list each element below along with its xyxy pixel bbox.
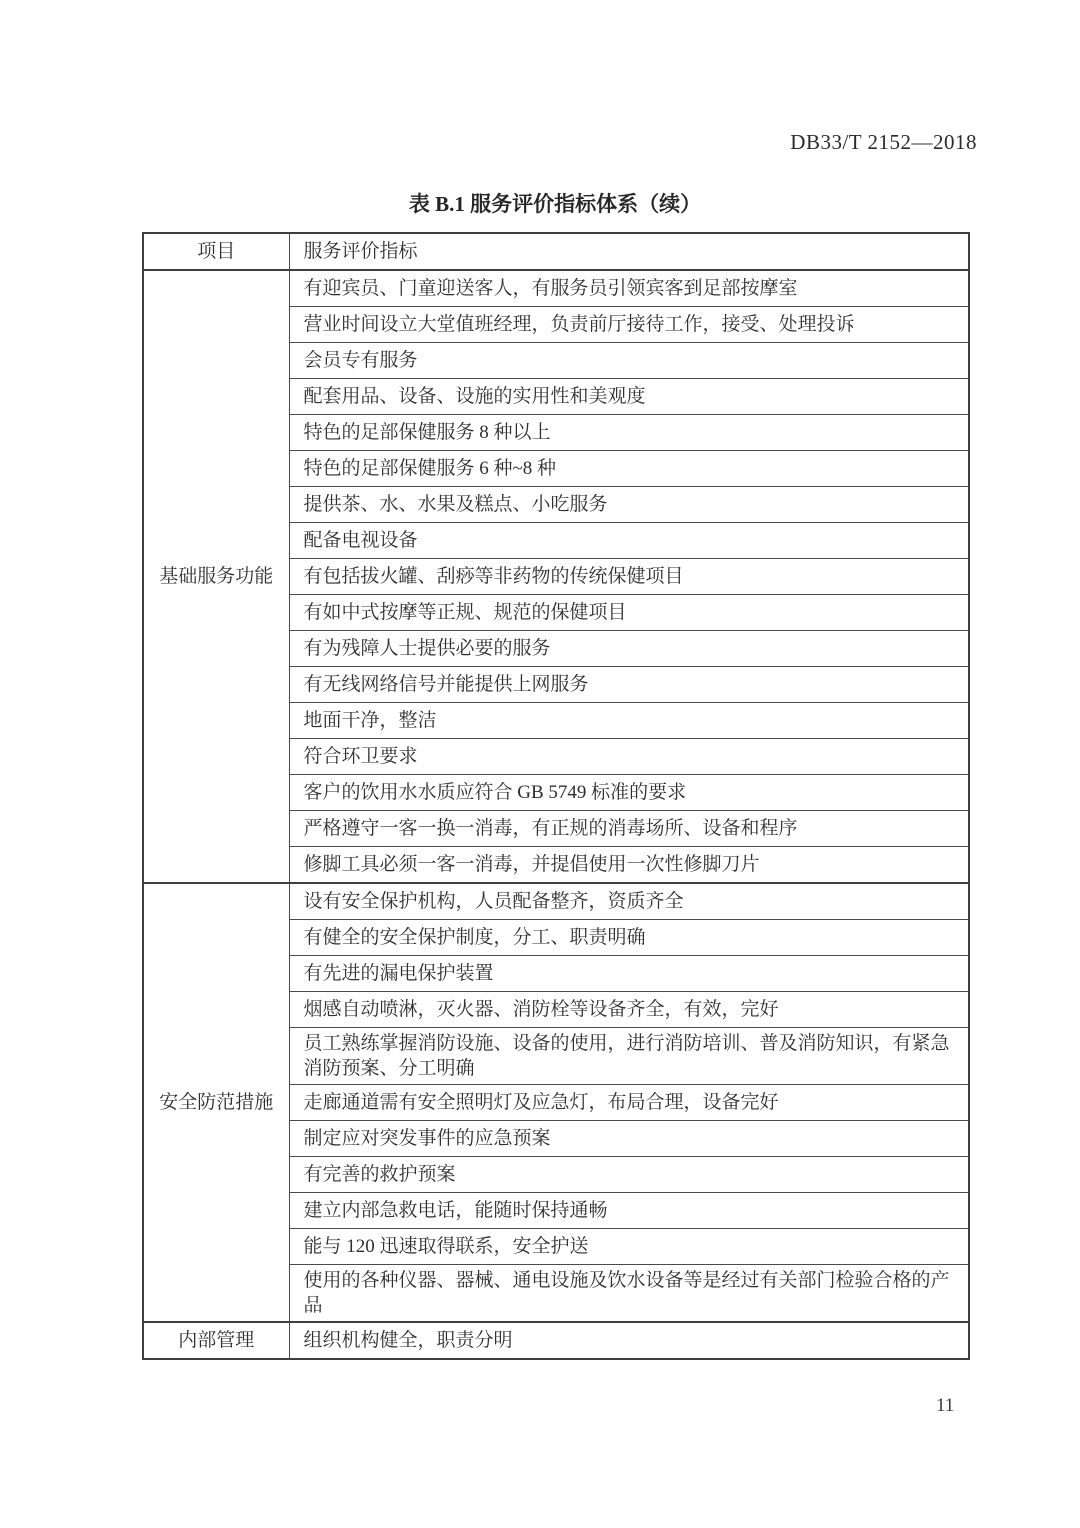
indicator-cell: 使用的各种仪器、器械、通电设施及饮水设备等是经过有关部门检验合格的产品 xyxy=(289,1265,969,1323)
indicator-cell: 有无线网络信号并能提供上网服务 xyxy=(289,667,969,703)
section-label-internal-management: 内部管理 xyxy=(143,1322,289,1359)
indicator-cell: 有迎宾员、门童迎送客人，有服务员引领宾客到足部按摩室 xyxy=(289,270,969,307)
indicator-cell: 有包括拔火罐、刮痧等非药物的传统保健项目 xyxy=(289,559,969,595)
indicator-cell: 有为残障人士提供必要的服务 xyxy=(289,631,969,667)
indicator-cell: 配备电视设备 xyxy=(289,523,969,559)
header-item: 项目 xyxy=(143,233,289,270)
indicator-cell: 符合环卫要求 xyxy=(289,739,969,775)
indicator-cell: 提供茶、水、水果及糕点、小吃服务 xyxy=(289,487,969,523)
table-row: 内部管理 组织机构健全，职责分明 xyxy=(143,1322,969,1359)
table-row: 安全防范措施 设有安全保护机构，人员配备整齐，资质齐全 xyxy=(143,883,969,920)
table-row: 基础服务功能 有迎宾员、门童迎送客人，有服务员引领宾客到足部按摩室 xyxy=(143,270,969,307)
table-header-row: 项目 服务评价指标 xyxy=(143,233,969,270)
indicator-cell: 有完善的救护预案 xyxy=(289,1157,969,1193)
indicator-cell: 设有安全保护机构，人员配备整齐，资质齐全 xyxy=(289,883,969,920)
indicator-cell: 客户的饮用水水质应符合 GB 5749 标准的要求 xyxy=(289,775,969,811)
section-label-safety-measures: 安全防范措施 xyxy=(143,883,289,1322)
indicator-cell: 能与 120 迅速取得联系，安全护送 xyxy=(289,1229,969,1265)
indicator-cell: 严格遵守一客一换一消毒，有正规的消毒场所、设备和程序 xyxy=(289,811,969,847)
indicator-cell: 特色的足部保健服务 6 种~8 种 xyxy=(289,451,969,487)
page-number: 11 xyxy=(936,1395,954,1417)
indicator-cell: 有先进的漏电保护装置 xyxy=(289,956,969,992)
indicator-cell: 会员专有服务 xyxy=(289,343,969,379)
indicator-cell: 员工熟练掌握消防设施、设备的使用，进行消防培训、普及消防知识，有紧急消防预案、分… xyxy=(289,1028,969,1085)
indicator-cell: 配套用品、设备、设施的实用性和美观度 xyxy=(289,379,969,415)
indicator-cell: 特色的足部保健服务 8 种以上 xyxy=(289,415,969,451)
indicator-cell: 有如中式按摩等正规、规范的保健项目 xyxy=(289,595,969,631)
indicator-cell: 烟感自动喷淋，灭火器、消防栓等设备齐全，有效，完好 xyxy=(289,992,969,1028)
service-indicator-table: 项目 服务评价指标 基础服务功能 有迎宾员、门童迎送客人，有服务员引领宾客到足部… xyxy=(142,232,970,1360)
section-label-basic-services: 基础服务功能 xyxy=(143,270,289,883)
table-title: 表 B.1 服务评价指标体系（续） xyxy=(142,188,968,218)
indicator-cell: 组织机构健全，职责分明 xyxy=(289,1322,969,1359)
indicator-cell: 有健全的安全保护制度，分工、职责明确 xyxy=(289,920,969,956)
indicator-cell: 走廊通道需有安全照明灯及应急灯，布局合理，设备完好 xyxy=(289,1085,969,1121)
document-page: DB33/T 2152—2018 表 B.1 服务评价指标体系（续） 项目 服务… xyxy=(0,0,1080,1528)
doc-number: DB33/T 2152—2018 xyxy=(790,130,977,155)
indicator-cell: 营业时间设立大堂值班经理，负责前厅接待工作，接受、处理投诉 xyxy=(289,307,969,343)
indicator-cell: 地面干净，整洁 xyxy=(289,703,969,739)
indicator-cell: 建立内部急救电话，能随时保持通畅 xyxy=(289,1193,969,1229)
indicator-cell: 制定应对突发事件的应急预案 xyxy=(289,1121,969,1157)
indicator-cell: 修脚工具必须一客一消毒，并提倡使用一次性修脚刀片 xyxy=(289,847,969,884)
header-indicator: 服务评价指标 xyxy=(289,233,969,270)
